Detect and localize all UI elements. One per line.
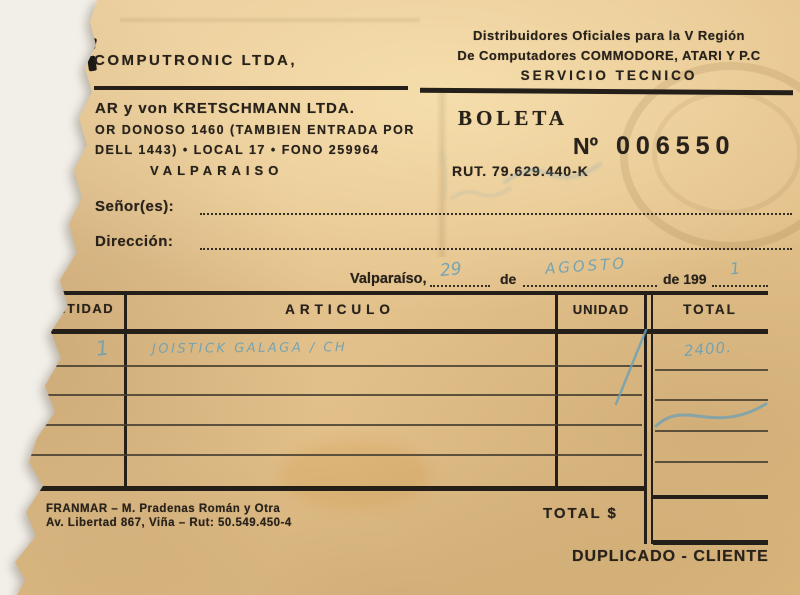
table-bottom-rule: [28, 486, 644, 491]
senor-dotted-line: [200, 198, 792, 215]
total-box-top-rule: [653, 495, 768, 499]
table-top-rule: [28, 291, 768, 295]
table-row-rule-total-col: [655, 399, 768, 401]
date-city-label: Valparaíso,: [350, 271, 427, 287]
total-box-bottom-rule: [653, 540, 768, 545]
document-number-row: Nº 006550: [573, 132, 735, 161]
direccion-label: Dirección:: [95, 233, 173, 250]
table-row-rule: [28, 365, 642, 367]
table-divider-cantidad: [124, 291, 127, 488]
handwritten-articulo: JOISTICK GALAGA / CH: [152, 340, 347, 357]
handwritten-total: 2400.: [683, 338, 732, 360]
table-row-rule: [28, 424, 642, 426]
copy-type-label: DUPLICADO - CLIENTE: [572, 548, 769, 566]
senor-label: Señor(es):: [95, 198, 174, 215]
distributor-line2: De Computadores COMMODORE, ATARI Y P.C: [425, 46, 793, 66]
table-divider-articulo: [555, 291, 558, 488]
table-row-rule-total-col: [655, 461, 768, 463]
document-number: 006550: [616, 132, 735, 161]
date-de2-label: de 199: [663, 271, 707, 287]
scanned-receipt: COMPUTRONIC LTDA, Distribuidores Oficial…: [0, 0, 800, 595]
table-row-rule: [28, 394, 642, 396]
document-rut: RUT. 79.629.440-K: [452, 163, 589, 179]
issuer-city: VALPARAISO: [150, 163, 283, 178]
document-type-label: BOLETA: [458, 106, 568, 131]
document-number-label: Nº: [573, 133, 598, 160]
issuer-address-line2: DELL 1443) • LOCAL 17 • FONO 259964: [95, 143, 380, 157]
ghost-ink-mark: [442, 152, 446, 198]
table-header-cantidad: NTIDAD: [56, 301, 114, 316]
issuer-name: AR y von KRETSCHMANN LTDA.: [95, 100, 355, 117]
footer-company-line2: Av. Libertad 867, Viña – Rut: 50.549.450…: [46, 517, 292, 529]
distributor-line3: SERVICIO TECNICO: [425, 66, 793, 86]
pen-flourish-mark: [656, 404, 766, 426]
handwritten-year-digit: 1: [729, 259, 741, 279]
paper-crease-horizontal: [120, 16, 420, 24]
table-header-total: TOTAL: [654, 302, 766, 317]
footer-company-line1: FRANMAR – M. Pradenas Román y Otra: [46, 503, 280, 515]
table-row-rule-total-col: [655, 369, 768, 371]
table-row-rule: [28, 454, 642, 456]
issuer-address-line1: OR DONOSO 1460 (TAMBIEN ENTRADA POR: [95, 123, 415, 137]
paper-stain: [280, 440, 430, 510]
direccion-dotted-line: [200, 233, 792, 250]
header-rule-right: [420, 88, 793, 95]
table-header-articulo: ARTICULO: [125, 302, 555, 317]
table-row-rule-total-col: [655, 430, 768, 432]
pen-slash-mark: [616, 330, 646, 404]
total-amount-label: TOTAL $: [543, 505, 618, 522]
company-name: COMPUTRONIC LTDA,: [94, 52, 297, 69]
handwritten-day: 29: [439, 259, 463, 281]
table-divider-unidad-outer: [644, 291, 647, 544]
date-de1-label: de: [500, 271, 516, 287]
receipt-paper: COMPUTRONIC LTDA, Distribuidores Oficial…: [0, 0, 800, 595]
header-rule-left: [94, 86, 408, 90]
distributor-block: Distribuidores Oficiales para la V Regió…: [425, 26, 793, 86]
paper-shadow-wrap: COMPUTRONIC LTDA, Distribuidores Oficial…: [0, 0, 800, 595]
table-divider-unidad-inner: [651, 291, 653, 544]
table-header-unidad: UNIDAD: [558, 302, 644, 317]
distributor-line1: Distribuidores Oficiales para la V Regió…: [425, 26, 793, 46]
handwritten-cantidad: 1: [94, 335, 110, 361]
table-header-bottom-rule: [28, 329, 768, 334]
torn-print-remnant: [88, 37, 97, 49]
ghost-ink-mark: [452, 188, 510, 198]
